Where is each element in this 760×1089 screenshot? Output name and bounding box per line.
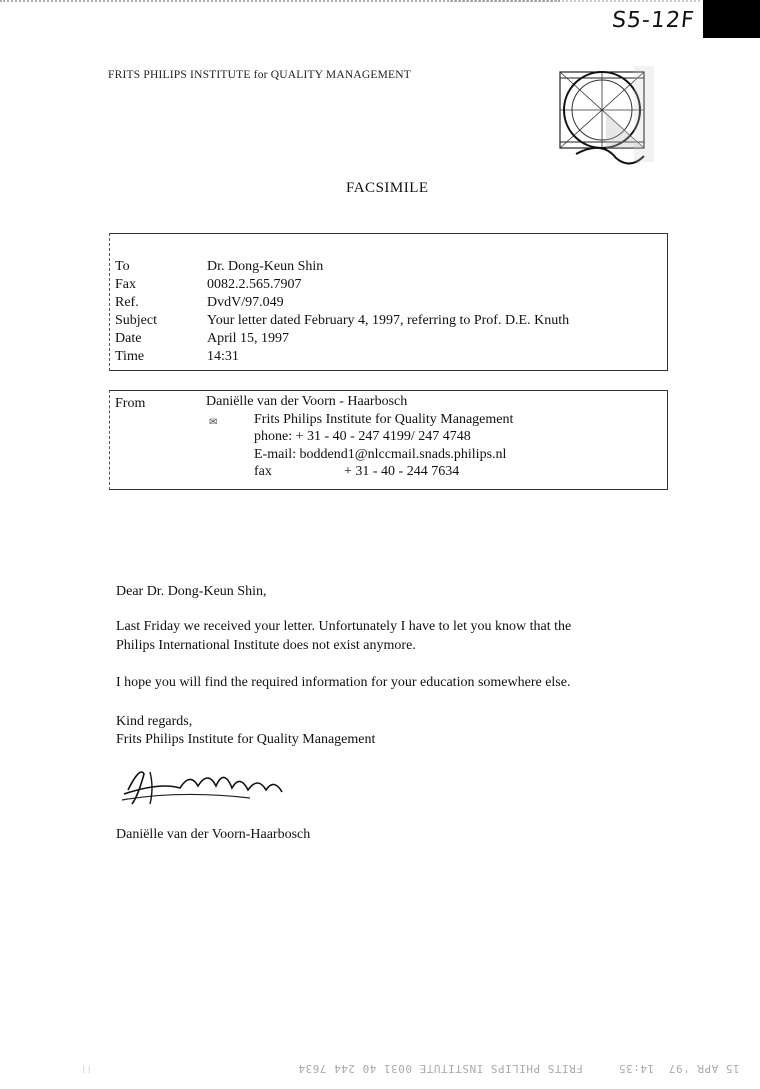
field-label: To: [115, 258, 207, 276]
recipient-row-subject: SubjectYour letter dated February 4, 199…: [115, 312, 569, 330]
field-value: 14:31: [207, 349, 239, 364]
letter-paragraph-2: I hope you will find the required inform…: [116, 673, 570, 692]
field-value: DvdV/97.049: [207, 295, 284, 310]
scan-corner-black-mark: [703, 0, 760, 38]
organization-header: FRITS PHILIPS INSTITUTE for QUALITY MANA…: [108, 69, 411, 81]
recipient-row-time: Time14:31: [115, 348, 239, 366]
fax-transmission-header-mirrored: 15 APR '97 14:35 FRITS PHILIPS INSTITUTE…: [298, 1062, 740, 1075]
field-value: Your letter dated February 4, 1997, refe…: [207, 313, 569, 328]
scan-artifact: ⁝ ⁝: [82, 1065, 91, 1076]
sender-phone: phone: + 31 - 40 - 247 4199/ 247 4748: [206, 428, 513, 446]
recipient-row-date: DateApril 15, 1997: [115, 330, 289, 348]
field-value: Dr. Dong-Keun Shin: [207, 259, 323, 274]
field-label: Fax: [115, 276, 207, 294]
sender-email[interactable]: E-mail: boddend1@nlccmail.snads.philips.…: [206, 446, 513, 464]
sender-label: From: [115, 395, 145, 413]
sender-name: Daniëlle van der Voorn - Haarbosch: [206, 393, 513, 411]
sender-organization: Frits Philips Institute for Quality Mana…: [254, 412, 513, 427]
recipient-row-fax: Fax0082.2.565.7907: [115, 276, 302, 294]
field-label: Time: [115, 348, 207, 366]
field-label: Ref.: [115, 294, 207, 312]
field-label: Subject: [115, 312, 207, 330]
sender-organization-line: ✉ Frits Philips Institute for Quality Ma…: [206, 411, 513, 429]
field-label: Date: [115, 330, 207, 348]
quality-q-logo-icon: [546, 62, 658, 172]
field-value: 0082.2.565.7907: [207, 277, 302, 292]
sender-fax-line: fax+ 31 - 40 - 244 7634: [206, 463, 513, 481]
scan-edge-top-right: [450, 0, 700, 4]
handwritten-signature: [120, 760, 290, 810]
letter-paragraph-1-line-1: Last Friday we received your letter. Unf…: [116, 617, 571, 636]
sender-fax-label: fax: [254, 463, 344, 481]
sender-block: From Daniëlle van der Voorn - Haarbosch …: [109, 390, 668, 490]
recipient-row-ref: Ref.DvdV/97.049: [115, 294, 284, 312]
signatory-name: Daniëlle van der Voorn-Haarbosch: [116, 825, 310, 844]
recipient-row-to: ToDr. Dong-Keun Shin: [115, 258, 323, 276]
recipient-block: ToDr. Dong-Keun Shin Fax0082.2.565.7907 …: [109, 233, 668, 371]
letter-salutation: Dear Dr. Dong-Keun Shin,: [116, 582, 266, 601]
handwritten-document-code: S5-12F: [611, 8, 696, 33]
letter-closing: Kind regards,: [116, 712, 192, 731]
letter-paragraph-1-line-2: Philips International Institute does not…: [116, 636, 416, 655]
field-value: April 15, 1997: [207, 331, 289, 346]
document-title: FACSIMILE: [346, 180, 429, 197]
sender-details: Daniëlle van der Voorn - Haarbosch ✉ Fri…: [206, 393, 513, 481]
letter-closing-organization: Frits Philips Institute for Quality Mana…: [116, 730, 375, 749]
sender-fax-value: + 31 - 40 - 244 7634: [344, 464, 459, 479]
